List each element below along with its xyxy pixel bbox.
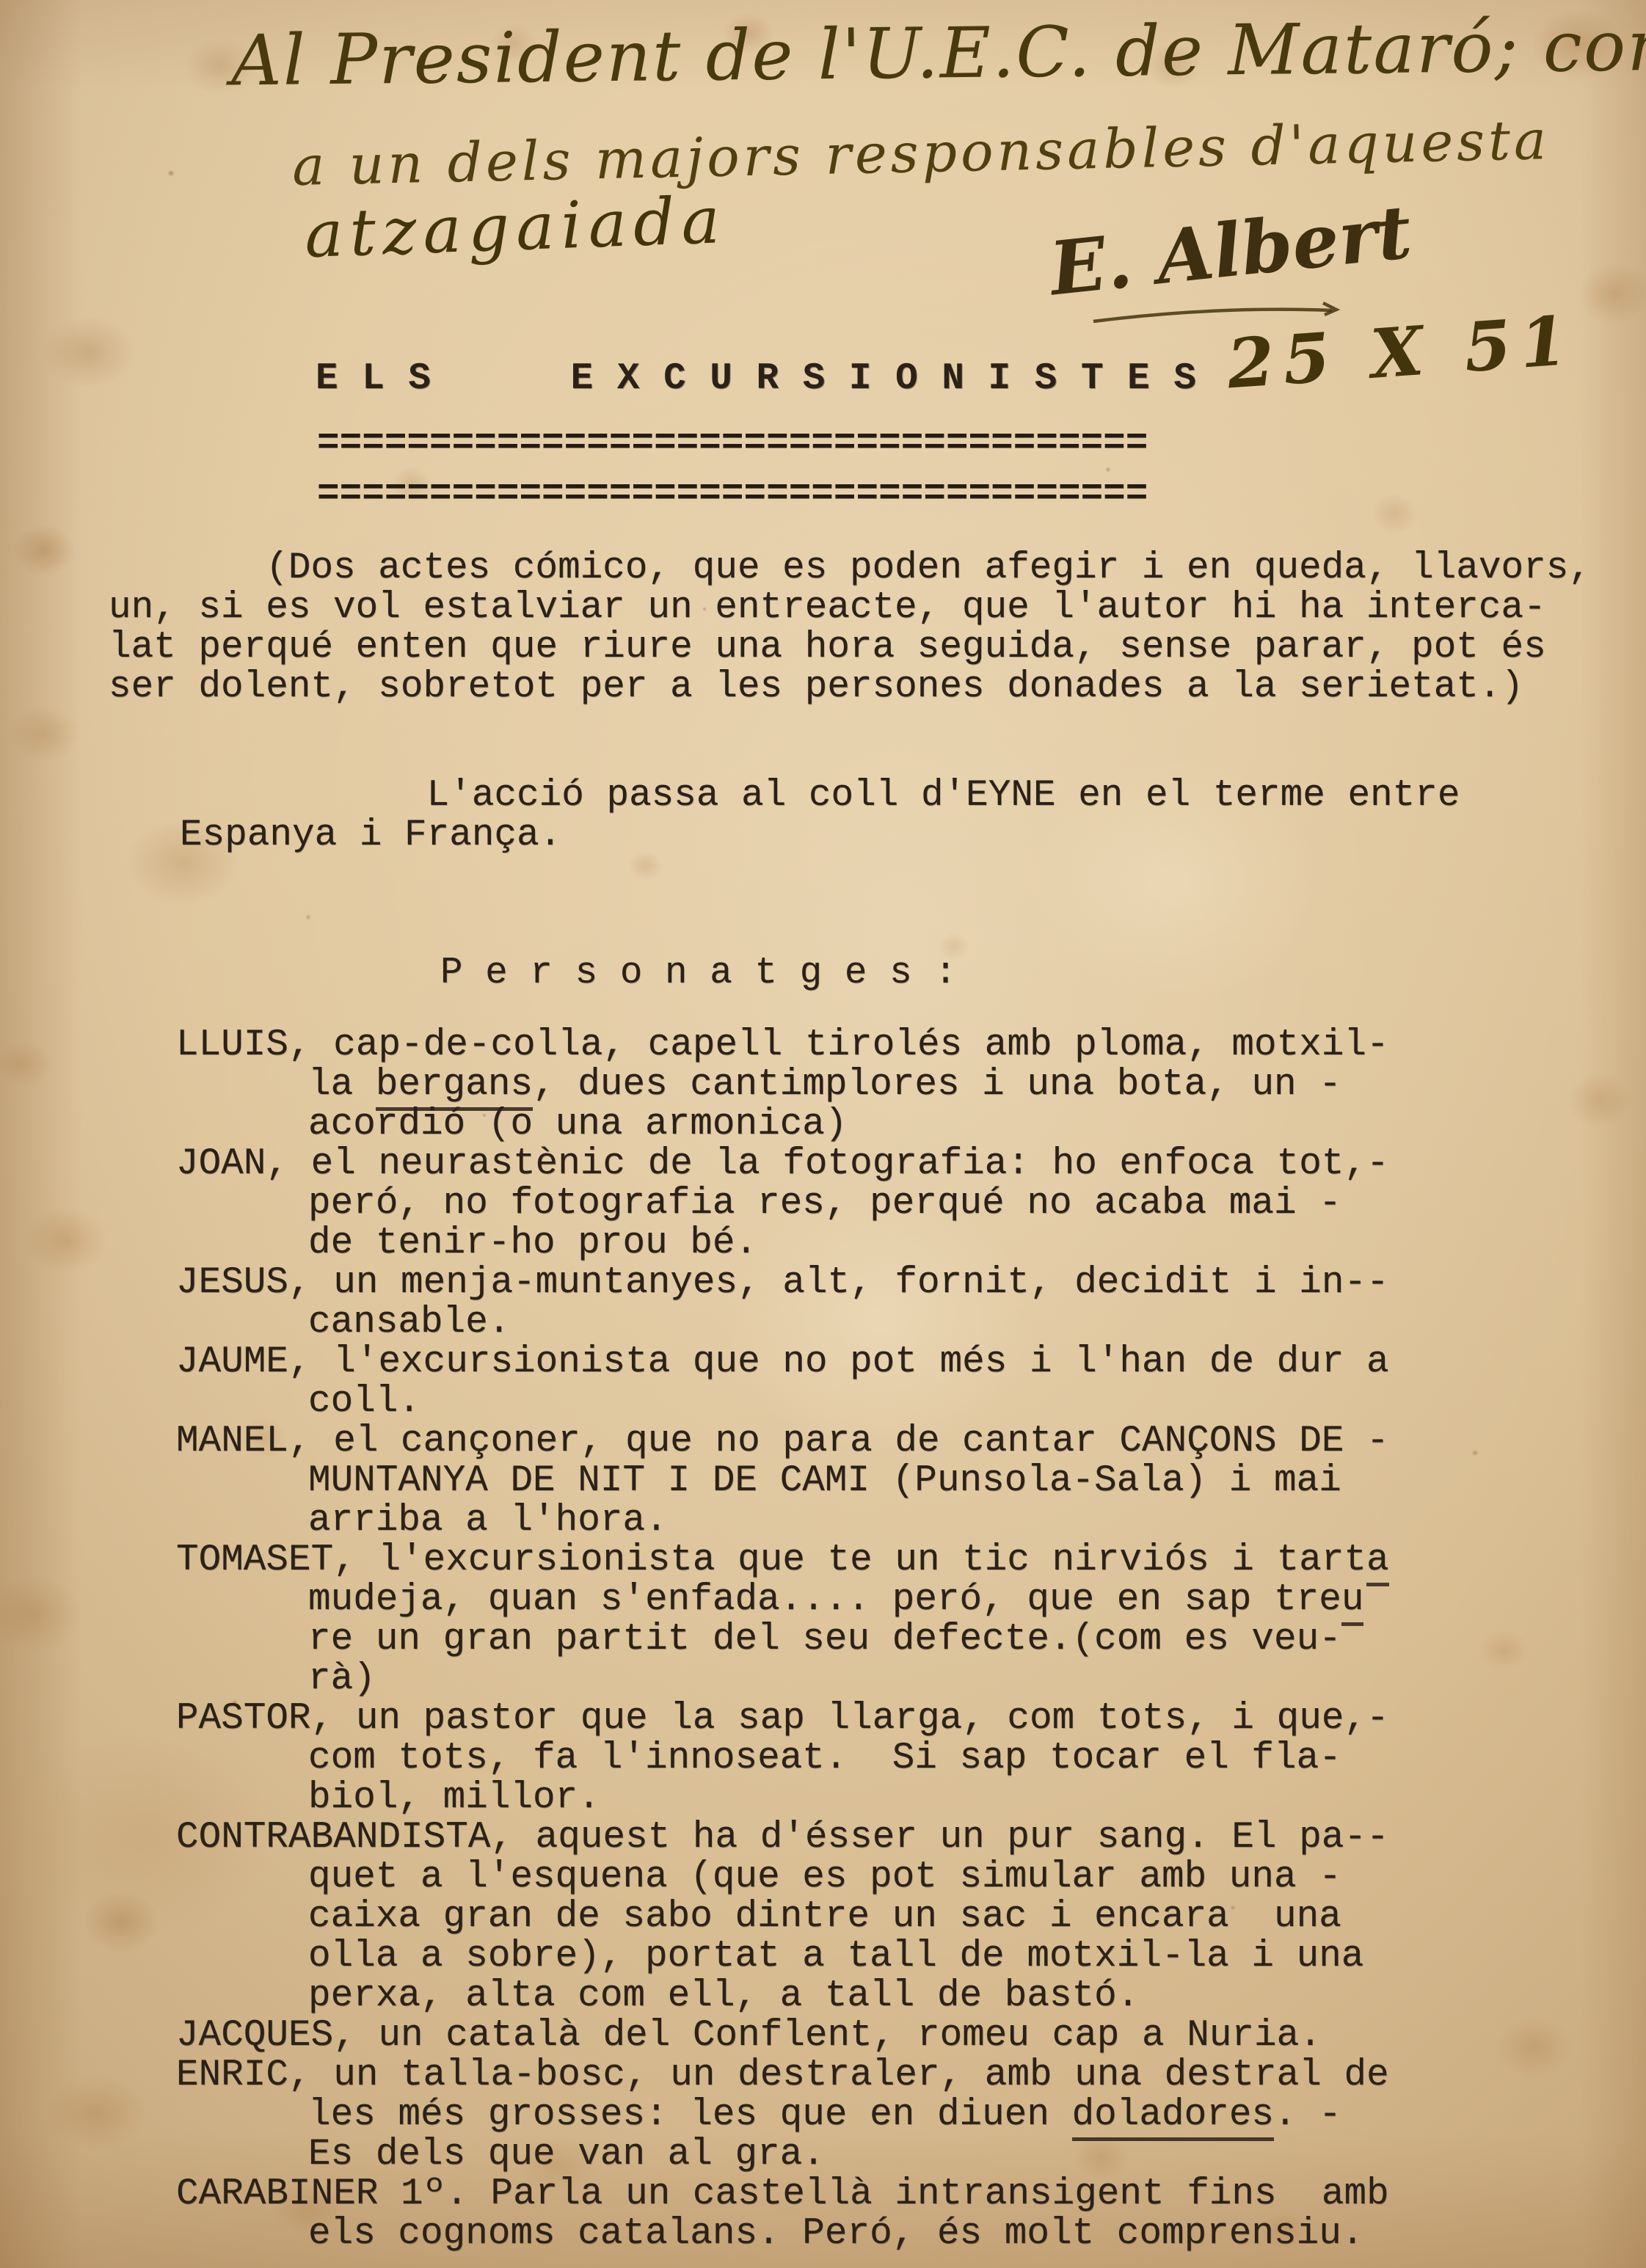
cast-entry-continuation-line: la bergans, dues cantimplores i una bota… — [176, 1065, 1389, 1105]
cast-entry-continuation-line: rà) — [176, 1660, 1389, 1699]
cast-entry: LLUIS, cap-de-colla, capell tirolés amb … — [176, 1026, 1389, 1145]
cast-entry-continuation-line: de tenir-ho prou bé. — [176, 1224, 1389, 1264]
cast-entry: CARABINER 1º. Parla un castellà intransi… — [176, 2175, 1389, 2254]
cast-entry-name-line: JAUME, l'excursionista que no pot més i … — [176, 1343, 1389, 1382]
cast-entry-continuation-line: arriba a l'hora. — [176, 1501, 1389, 1541]
typed-line: L'acció passa al coll d'EYNE en el terme… — [180, 776, 1460, 816]
cast-entry-continuation-line: caixa gran de sabo dintre un sac i encar… — [176, 1897, 1389, 1937]
cast-entry-name-line: ENRIC, un talla-bosc, un destraler, amb … — [176, 2056, 1389, 2096]
cast-entry-continuation-line: Es dels que van al gra. — [176, 2135, 1389, 2175]
cast-entry-continuation-line: les més grosses: les que en diuen dolado… — [176, 2096, 1389, 2135]
cast-entry-name-line: TOMASET, l'excursionista que te un tic n… — [176, 1541, 1389, 1580]
title-underline-row: ===================================== — [317, 436, 1148, 453]
document-page: Al President de l'U.E.C. de Mataró; com … — [0, 0, 1646, 2268]
cast-entry-continuation-line: com tots, fa l'innoseat. Si sap tocar el… — [176, 1739, 1389, 1779]
cast-entry: JAUME, l'excursionista que no pot més i … — [176, 1343, 1389, 1422]
handwritten-dedication-line-1: Al President de l'U.E.C. de Mataró; com — [230, 6, 1646, 102]
title-underline-row: ===================================== — [317, 486, 1148, 503]
cast-entry: MANEL, el cançoner, que no para de canta… — [176, 1422, 1389, 1541]
cast-entry-continuation-line: quet a l'esquena (que es pot simular amb… — [176, 1858, 1389, 1897]
cast-entry-name-line: MANEL, el cançoner, que no para de canta… — [176, 1422, 1389, 1462]
cast-entry-name-line: JACQUES, un català del Conflent, romeu c… — [176, 2016, 1389, 2056]
cast-entry-continuation-line: biol, millor. — [176, 1779, 1389, 1818]
cast-entry: JACQUES, un català del Conflent, romeu c… — [176, 2016, 1389, 2056]
page-title: E L S E X C U R S I O N I S T E S — [316, 358, 1197, 400]
typed-line: ser dolent, sobretot per a les persones … — [109, 668, 1591, 707]
cast-entry: ENRIC, un talla-bosc, un destraler, amb … — [176, 2056, 1389, 2175]
cast-entry-name-line: CONTRABANDISTA, aquest ha d'ésser un pur… — [176, 1818, 1389, 1858]
cast-entry-continuation-line: acordió (o una armonica) — [176, 1105, 1389, 1145]
cast-heading: P e r s o n a t g e s : — [440, 954, 957, 993]
cast-entry: TOMASET, l'excursionista que te un tic n… — [176, 1541, 1389, 1699]
cast-entry-continuation-line: olla a sobre), portat a tall de motxil-l… — [176, 1937, 1389, 1977]
cast-list: LLUIS, cap-de-colla, capell tirolés amb … — [176, 1026, 1389, 2254]
cast-entry-continuation-line: coll. — [176, 1382, 1389, 1422]
handwritten-dedication-line-3: atzagaiada — [303, 182, 727, 272]
cast-entry: CONTRABANDISTA, aquest ha d'ésser un pur… — [176, 1818, 1389, 2016]
cast-entry-name-line: JOAN, el neurastènic de la fotografia: h… — [176, 1145, 1389, 1184]
cast-entry: JESUS, un menja-muntanyes, alt, fornit, … — [176, 1264, 1389, 1343]
typed-line: (Dos actes cómico, que es poden afegir i… — [109, 549, 1591, 588]
handwritten-dedication-line-2: a un dels majors responsables d'aquesta — [291, 109, 1551, 198]
cast-entry-name-line: CARABINER 1º. Parla un castellà intransi… — [176, 2175, 1389, 2214]
intro-paragraph: (Dos actes cómico, que es poden afegir i… — [109, 549, 1591, 707]
typed-line: Espanya i França. — [180, 816, 1460, 856]
handwritten-signature: E. Albert — [1046, 189, 1415, 313]
cast-entry-continuation-line: MUNTANYA DE NIT I DE CAMI (Punsola-Sala)… — [176, 1462, 1389, 1501]
cast-entry: JOAN, el neurastènic de la fotografia: h… — [176, 1145, 1389, 1264]
cast-entry-continuation-line: els cognoms catalans. Peró, és molt comp… — [176, 2214, 1389, 2254]
cast-entry-continuation-line: mudeja, quan s'enfada.... peró, que en s… — [176, 1580, 1389, 1620]
cast-entry-continuation-line: perxa, alta com ell, a tall de bastó. — [176, 1977, 1389, 2016]
cast-entry-continuation-line: peró, no fotografia res, perqué no acaba… — [176, 1184, 1389, 1224]
cast-entry-continuation-line: cansable. — [176, 1303, 1389, 1343]
cast-entry-name-line: JESUS, un menja-muntanyes, alt, fornit, … — [176, 1264, 1389, 1303]
setting-paragraph: L'acció passa al coll d'EYNE en el terme… — [180, 776, 1460, 856]
cast-entry: PASTOR, un pastor que la sap llarga, com… — [176, 1699, 1389, 1818]
typed-line: un, si es vol estalviar un entreacte, qu… — [109, 588, 1591, 628]
cast-entry-name-line: LLUIS, cap-de-colla, capell tirolés amb … — [176, 1026, 1389, 1065]
cast-entry-continuation-line: re un gran partit del seu defecte.(com e… — [176, 1620, 1389, 1660]
typed-line: lat perqué enten que riure una hora segu… — [109, 628, 1591, 668]
cast-entry-name-line: PASTOR, un pastor que la sap llarga, com… — [176, 1699, 1389, 1739]
title-underline: ===================================== ==… — [317, 402, 1148, 537]
